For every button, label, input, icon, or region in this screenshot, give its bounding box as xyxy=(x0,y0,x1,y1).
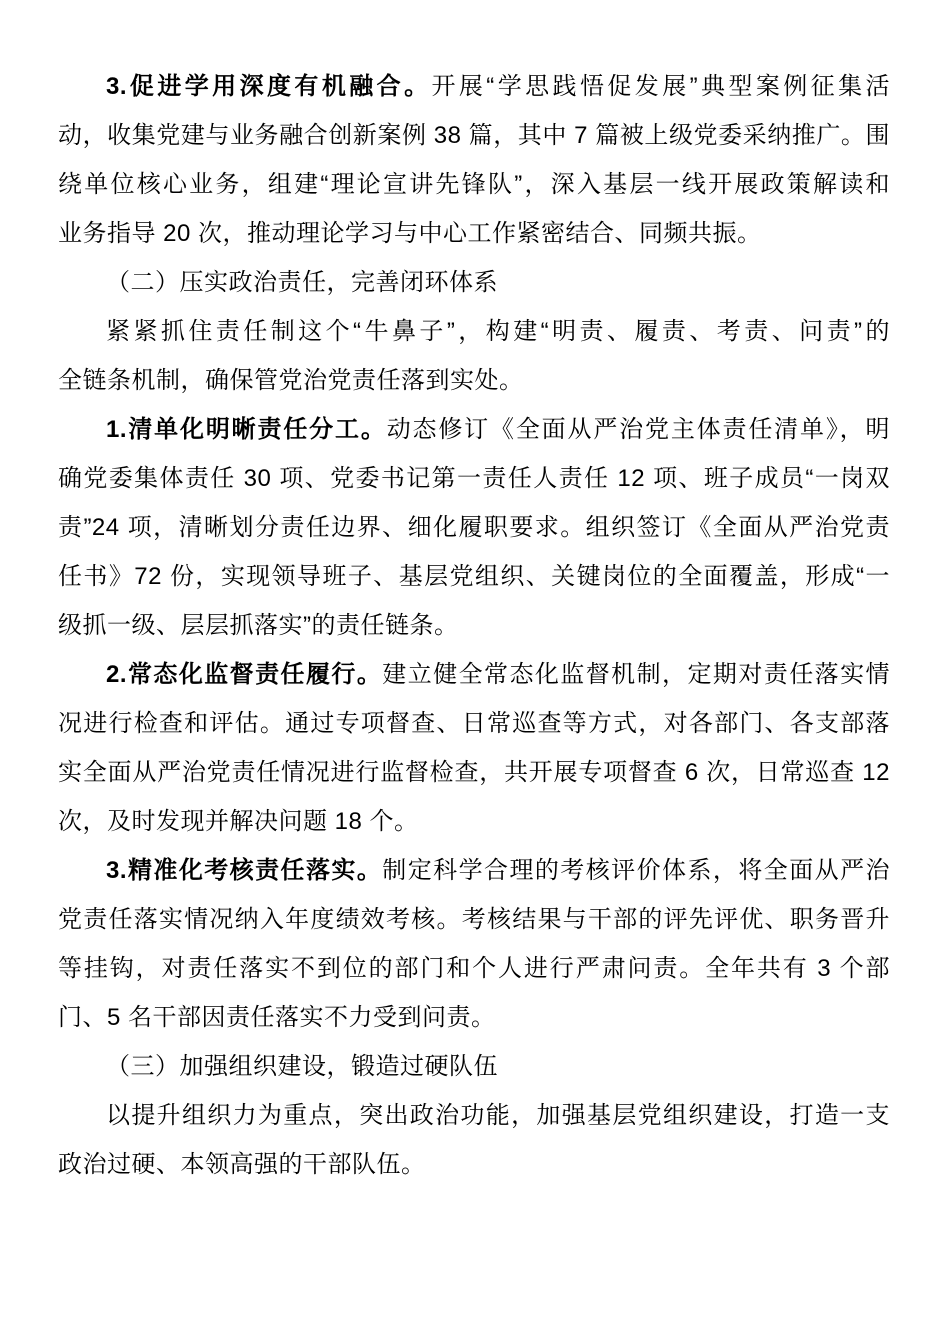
text-line: 3.促进学用深度有机融合。开展“学思践悟促发展”典型案例征集活 xyxy=(58,62,890,111)
text-run: 以提升组织力为重点，突出政治功能，加强基层党组织建设，打造一支 xyxy=(106,1102,890,1129)
text-run: 确党委集体责任 30 项、党委书记第一责任人责任 12 项、班子成员“一岗双 xyxy=(58,465,890,492)
text-line: 级抓一级、层层抓落实”的责任链条。 xyxy=(58,601,890,650)
text-run: 业务指导 20 次，推动理论学习与中心工作紧密结合、同频共振。 xyxy=(58,220,762,247)
text-line: 况进行检查和评估。通过专项督查、日常巡查等方式，对各部门、各支部落 xyxy=(58,699,890,748)
bold-text-run: 3.促进学用深度有机融合。 xyxy=(106,73,431,100)
text-run: 制定科学合理的考核评价体系，将全面从严治 xyxy=(382,857,890,884)
heading-section-3: （三）加强组织建设，锻造过硬队伍 xyxy=(58,1042,890,1091)
text-run: 任书》72 份，实现领导班子、基层党组织、关键岗位的全面覆盖，形成“一 xyxy=(58,563,890,590)
text-line: 等挂钩，对责任落实不到位的部门和个人进行严肃问责。全年共有 3 个部 xyxy=(58,944,890,993)
text-run: 动，收集党建与业务融合创新案例 38 篇，其中 7 篇被上级党委采纳推广。围 xyxy=(58,122,890,149)
text-line: 紧紧抓住责任制这个“牛鼻子”，构建“明责、履责、考责、问责”的 xyxy=(58,307,890,356)
text-line: 次，及时发现并解决问题 18 个。 xyxy=(58,797,890,846)
text-run: 实全面从严治党责任情况进行监督检查，共开展专项督查 6 次，日常巡查 12 xyxy=(58,759,890,786)
heading-line: （三）加强组织建设，锻造过硬队伍 xyxy=(58,1042,890,1091)
para-responsibility-chain: 紧紧抓住责任制这个“牛鼻子”，构建“明责、履责、考责、问责”的全链条机制，确保管… xyxy=(58,307,890,405)
text-run: 绕单位核心业务，组建“理论宣讲先锋队”，深入基层一线开展政策解读和 xyxy=(58,171,890,198)
bold-text-run: 1.清单化明晰责任分工。 xyxy=(106,416,387,443)
text-line: 门、5 名干部因责任落实不力受到问责。 xyxy=(58,993,890,1042)
bold-text-run: 2.常态化监督责任履行。 xyxy=(106,661,382,688)
text-line: 1.清单化明晰责任分工。动态修订《全面从严治党主体责任清单》，明 xyxy=(58,405,890,454)
text-run: （三）加强组织建设，锻造过硬队伍 xyxy=(106,1053,498,1080)
document-body: 3.促进学用深度有机融合。开展“学思践悟促发展”典型案例征集活动，收集党建与业务… xyxy=(58,62,890,1189)
text-line: 党责任落实情况纳入年度绩效考核。考核结果与干部的评先评优、职务晋升 xyxy=(58,895,890,944)
text-line: 2.常态化监督责任履行。建立健全常态化监督机制，定期对责任落实情 xyxy=(58,650,890,699)
bold-text-run: 3.精准化考核责任落实。 xyxy=(106,857,382,884)
text-line: 政治过硬、本领高强的干部队伍。 xyxy=(58,1140,890,1189)
para-item-1-responsibility-division: 1.清单化明晰责任分工。动态修订《全面从严治党主体责任清单》，明确党委集体责任 … xyxy=(58,405,890,650)
text-run: （二）压实政治责任，完善闭环体系 xyxy=(106,269,498,296)
text-line: 3.精准化考核责任落实。制定科学合理的考核评价体系，将全面从严治 xyxy=(58,846,890,895)
text-run: 开展“学思践悟促发展”典型案例征集活 xyxy=(431,73,890,100)
text-line: 动，收集党建与业务融合创新案例 38 篇，其中 7 篇被上级党委采纳推广。围 xyxy=(58,111,890,160)
text-run: 紧紧抓住责任制这个“牛鼻子”，构建“明责、履责、考责、问责”的 xyxy=(106,318,890,345)
text-run: 建立健全常态化监督机制，定期对责任落实情 xyxy=(382,661,890,688)
text-run: 等挂钩，对责任落实不到位的部门和个人进行严肃问责。全年共有 3 个部 xyxy=(58,955,890,982)
para-item-3-assessment: 3.精准化考核责任落实。制定科学合理的考核评价体系，将全面从严治党责任落实情况纳… xyxy=(58,846,890,1042)
text-line: 责”24 项，清晰划分责任边界、细化履职要求。组织签订《全面从严治党责 xyxy=(58,503,890,552)
text-run: 门、5 名干部因责任落实不力受到问责。 xyxy=(58,1004,496,1031)
text-line: 全链条机制，确保管党治党责任落到实处。 xyxy=(58,356,890,405)
text-line: 绕单位核心业务，组建“理论宣讲先锋队”，深入基层一线开展政策解读和 xyxy=(58,160,890,209)
text-line: 任书》72 份，实现领导班子、基层党组织、关键岗位的全面覆盖，形成“一 xyxy=(58,552,890,601)
text-line: 实全面从严治党责任情况进行监督检查，共开展专项督查 6 次，日常巡查 12 xyxy=(58,748,890,797)
text-run: 政治过硬、本领高强的干部队伍。 xyxy=(58,1151,426,1178)
text-run: 况进行检查和评估。通过专项督查、日常巡查等方式，对各部门、各支部落 xyxy=(58,710,890,737)
para-item-3-study-integration: 3.促进学用深度有机融合。开展“学思践悟促发展”典型案例征集活动，收集党建与业务… xyxy=(58,62,890,258)
document-page: 3.促进学用深度有机融合。开展“学思践悟促发展”典型案例征集活动，收集党建与业务… xyxy=(0,0,950,1344)
para-item-2-supervision: 2.常态化监督责任履行。建立健全常态化监督机制，定期对责任落实情况进行检查和评估… xyxy=(58,650,890,846)
text-line: 确党委集体责任 30 项、党委书记第一责任人责任 12 项、班子成员“一岗双 xyxy=(58,454,890,503)
text-run: 级抓一级、层层抓落实”的责任链条。 xyxy=(58,612,459,639)
text-run: 责”24 项，清晰划分责任边界、细化履职要求。组织签订《全面从严治党责 xyxy=(58,514,890,541)
para-org-building: 以提升组织力为重点，突出政治功能，加强基层党组织建设，打造一支政治过硬、本领高强… xyxy=(58,1091,890,1189)
text-line: 以提升组织力为重点，突出政治功能，加强基层党组织建设，打造一支 xyxy=(58,1091,890,1140)
text-run: 次，及时发现并解决问题 18 个。 xyxy=(58,808,419,835)
heading-section-2: （二）压实政治责任，完善闭环体系 xyxy=(58,258,890,307)
text-line: 业务指导 20 次，推动理论学习与中心工作紧密结合、同频共振。 xyxy=(58,209,890,258)
heading-line: （二）压实政治责任，完善闭环体系 xyxy=(58,258,890,307)
text-run: 全链条机制，确保管党治党责任落到实处。 xyxy=(58,367,524,394)
text-run: 动态修订《全面从严治党主体责任清单》，明 xyxy=(387,416,890,443)
text-run: 党责任落实情况纳入年度绩效考核。考核结果与干部的评先评优、职务晋升 xyxy=(58,906,890,933)
